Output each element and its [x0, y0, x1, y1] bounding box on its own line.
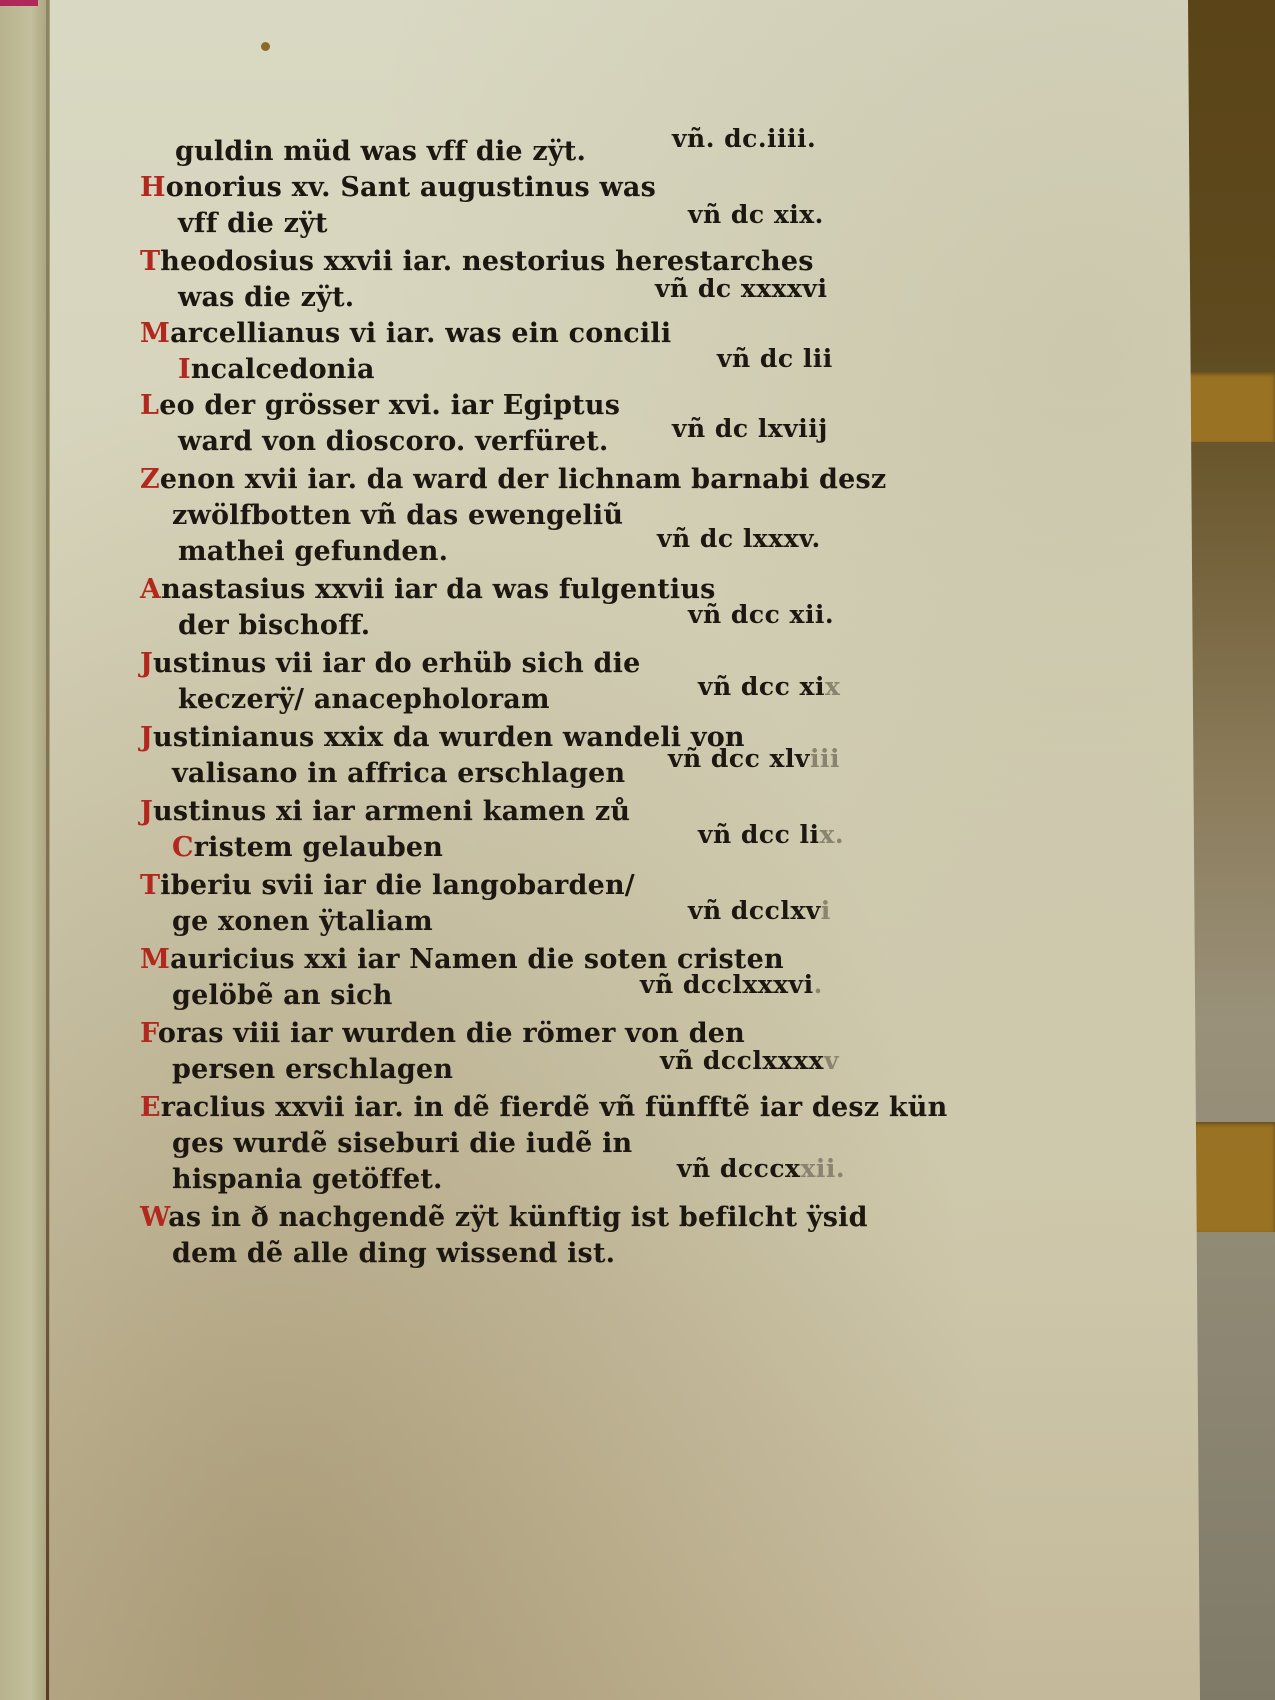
text-line: mathei gefunden. — [178, 536, 448, 567]
text-line: Marcellianus vi iar. was ein concili — [140, 318, 671, 349]
bookmark-ribbon — [0, 0, 38, 6]
text-line: gelöbẽ an sich — [172, 980, 393, 1011]
text-line: keczerÿ/ anacepholoram — [178, 684, 550, 715]
text-line: Theodosius xxvii iar. nestorius herestar… — [140, 246, 814, 277]
text-line: der bischoff. — [178, 610, 370, 641]
text-line: persen erschlagen — [172, 1054, 453, 1085]
text-line: ward von dioscoro. verfüret. — [178, 426, 609, 457]
year-number: vñ dc xix. — [688, 200, 824, 229]
year-number: vñ dcclxxxvi. — [640, 970, 823, 999]
text-line: zwölfbotten vñ das ewengeliũ — [172, 500, 623, 531]
year-number: vñ dcc xii. — [688, 600, 834, 629]
background-chair — [1185, 0, 1275, 1700]
text-line: valisano in affrica erschlagen — [172, 758, 625, 789]
chair-rung — [1185, 372, 1275, 442]
text-line: Eraclius xxvii iar. in dẽ fierdẽ vñ fünf… — [140, 1092, 947, 1123]
text-line: Cristem gelauben — [172, 832, 443, 863]
text-line: vff die zÿt — [178, 208, 328, 239]
text-line: Was in ð nachgendẽ zÿt künftig ist befil… — [140, 1202, 868, 1233]
year-number: vñ. dc.iiii. — [672, 124, 816, 153]
year-number: vñ dcc lix. — [698, 820, 844, 849]
chair-rung — [1185, 1122, 1275, 1232]
year-number: vñ dcccxxii. — [677, 1154, 845, 1183]
page-fold — [46, 0, 49, 1700]
text-line: guldin müd was vff die zÿt. — [175, 136, 586, 167]
text-line: Justinianus xxix da wurden wandeli von — [140, 722, 745, 753]
text-line: Honorius xv. Sant augustinus was — [140, 172, 656, 203]
text-line: Tiberiu svii iar die langobarden/ — [140, 870, 635, 901]
text-line: Leo der grösser xvi. iar Egiptus — [140, 390, 620, 421]
text-line: Justinus vii iar do erhüb sich die — [140, 648, 640, 679]
year-number: vñ dc lii — [717, 344, 833, 373]
year-number: vñ dcclxvi — [688, 896, 831, 925]
text-line: dem dẽ alle ding wissend ist. — [172, 1238, 615, 1269]
year-number: vñ dcclxxxxv — [660, 1046, 839, 1075]
text-line: was die zÿt. — [178, 282, 354, 313]
year-number: vñ dc lxxxv. — [657, 524, 821, 553]
photo-scene: guldin müd was vff die zÿt. vñ. dc.iiii.… — [0, 0, 1275, 1700]
text-line: ge xonen ÿtaliam — [172, 906, 433, 937]
year-number: vñ dc xxxxvi — [655, 274, 827, 303]
text-line: hispania getöffet. — [172, 1164, 443, 1195]
year-number: vñ dcc xlviii — [668, 744, 840, 773]
text-line: Foras viii iar wurden die römer von den — [140, 1018, 745, 1049]
paper-spot — [261, 42, 270, 51]
text-line: ges wurdẽ siseburi die iudẽ in — [172, 1128, 632, 1159]
year-number: vñ dc lxviij — [672, 414, 828, 443]
text-line: Zenon xvii iar. da ward der lichnam barn… — [140, 464, 886, 495]
facing-page-edge — [0, 0, 52, 1700]
year-number: vñ dcc xix — [698, 672, 840, 701]
text-line: Incalcedonia — [178, 354, 375, 385]
text-line: Anastasius xxvii iar da was fulgentius — [140, 574, 716, 605]
text-line: Justinus xi iar armeni kamen zů — [140, 796, 630, 827]
